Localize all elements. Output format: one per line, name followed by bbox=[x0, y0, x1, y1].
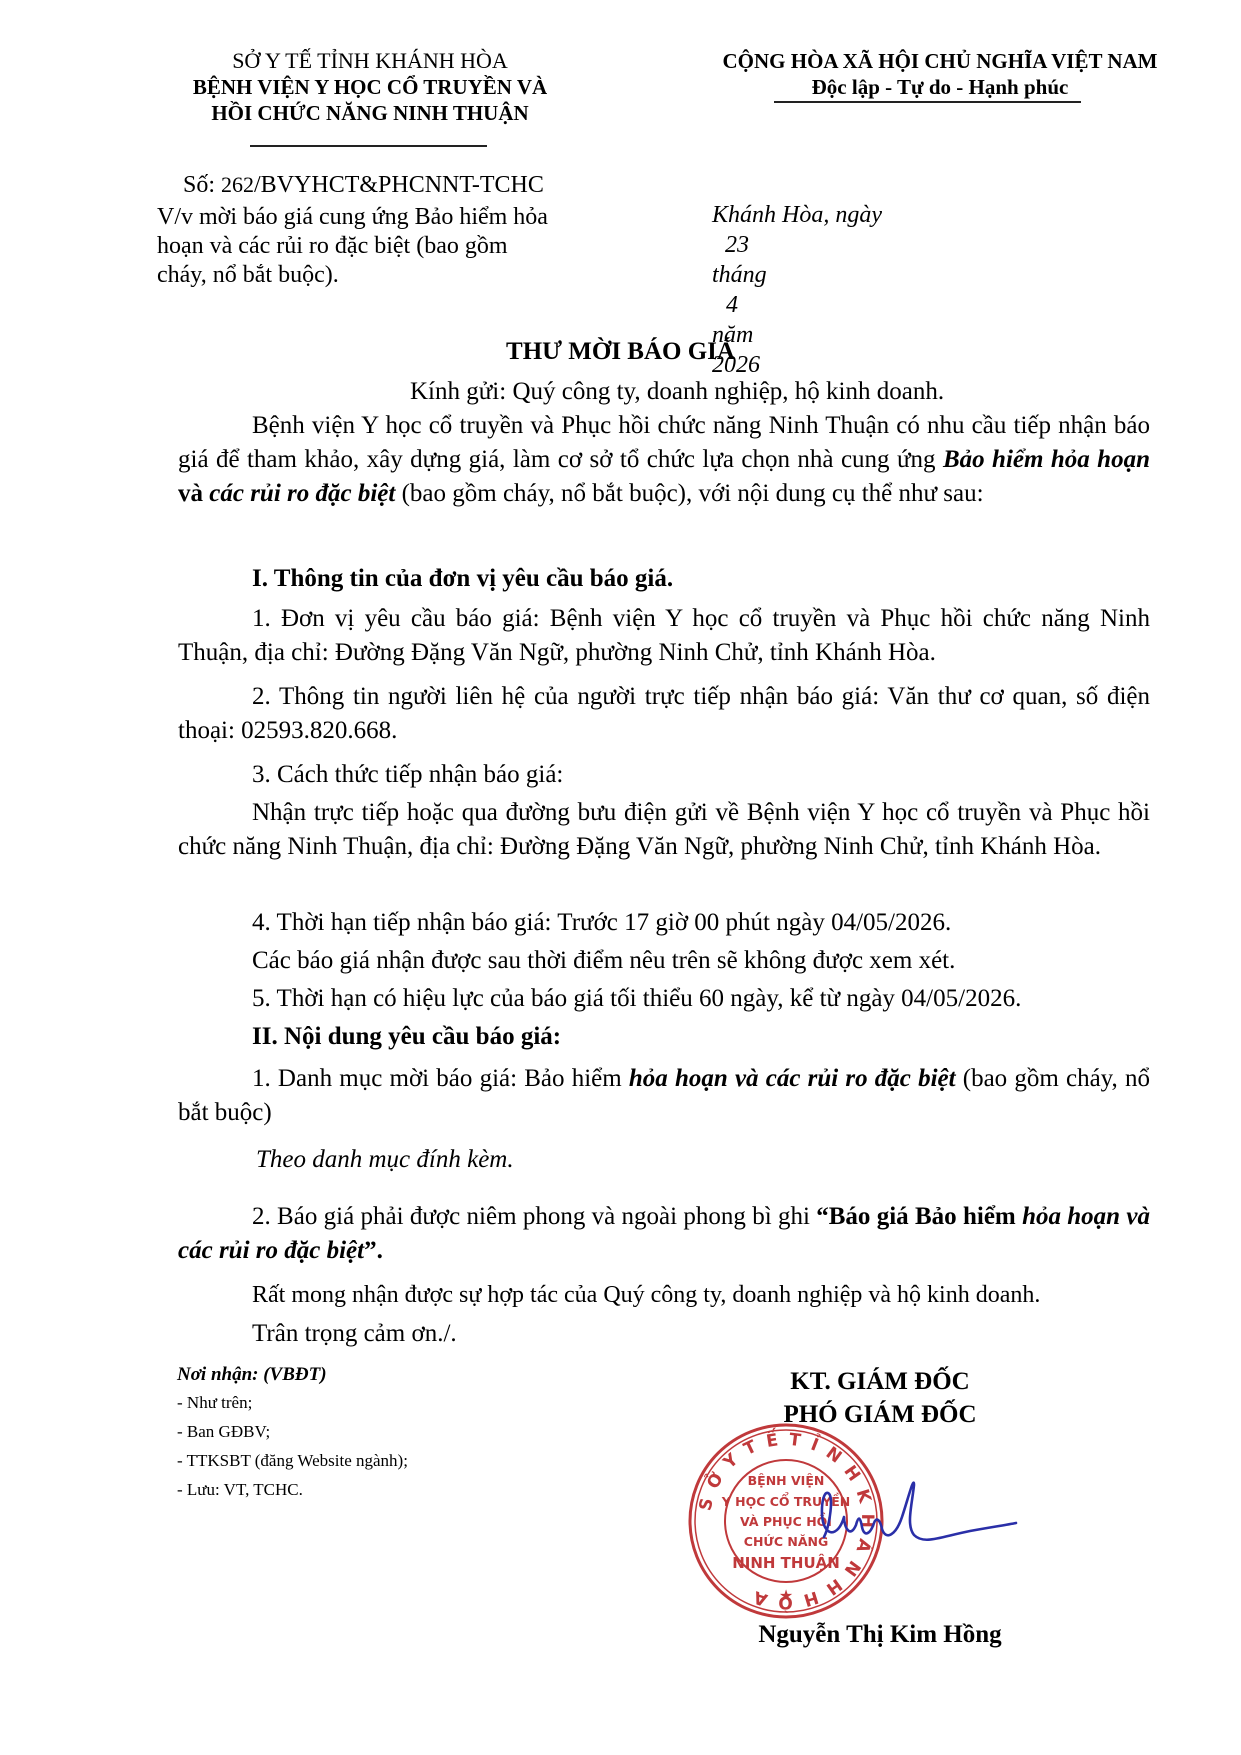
national-motto: Độc lập - Tự do - Hạnh phúc bbox=[660, 74, 1220, 100]
signer-name: Nguyễn Thị Kim Hồng bbox=[730, 1618, 1030, 1651]
hospital-name-line2: HỒI CHỨC NĂNG NINH THUẬN bbox=[150, 100, 590, 126]
national-title: CỘNG HÒA XÃ HỘI CHỦ NGHĨA VIỆT NAM bbox=[660, 48, 1220, 74]
date-day: 23 bbox=[712, 230, 762, 260]
section1-item3-body: Nhận trực tiếp hoặc qua đường bưu điện g… bbox=[178, 796, 1150, 864]
closing-line1: Rất mong nhận được sự hợp tác của Quý cô… bbox=[178, 1278, 1150, 1312]
section1-item1: 1. Đơn vị yêu cầu báo giá: Bệnh viện Y h… bbox=[178, 602, 1150, 670]
salutation: Kính gửi: Quý công ty, doanh nghiệp, hộ … bbox=[410, 375, 944, 409]
hospital-name-line1: BỆNH VIỆN Y HỌC CỔ TRUYỀN VÀ bbox=[150, 74, 590, 100]
document-subject: V/v mời báo giá cung ứng Bảo hiểm hỏa ho… bbox=[157, 203, 597, 290]
svg-text:BỆNH VIỆN: BỆNH VIỆN bbox=[748, 1473, 825, 1488]
intro-paragraph: Bệnh viện Y học cổ truyền và Phục hồi ch… bbox=[178, 409, 1150, 511]
recipient-item: - Ban GĐBV; bbox=[177, 1420, 408, 1443]
section2-heading: II. Nội dung yêu cầu báo giá: bbox=[178, 1020, 1150, 1054]
section1-heading: I. Thông tin của đơn vị yêu cầu báo giá. bbox=[178, 562, 1150, 596]
header-left: SỞ Y TẾ TỈNH KHÁNH HÒA BỆNH VIỆN Y HỌC C… bbox=[150, 48, 590, 126]
document-number: Số: 262/BVYHCT&PHCNNT-TCHC bbox=[183, 170, 544, 200]
header-right: CỘNG HÒA XÃ HỘI CHỦ NGHĨA VIỆT NAM Độc l… bbox=[660, 48, 1220, 100]
section1-item2: 2. Thông tin người liên hệ của người trự… bbox=[178, 680, 1150, 748]
letter-title: THƯ MỜI BÁO GIÁ bbox=[0, 338, 1241, 366]
section2-item1: 1. Danh mục mời báo giá: Bảo hiểm hỏa ho… bbox=[178, 1062, 1150, 1130]
svg-text:CHỨC NĂNG: CHỨC NĂNG bbox=[744, 1534, 828, 1549]
section1-item4-note: Các báo giá nhận được sau thời điểm nêu … bbox=[178, 944, 1150, 978]
stamp-star-icon: ★ bbox=[779, 1586, 793, 1605]
section1-item4: 4. Thời hạn tiếp nhận báo giá: Trước 17 … bbox=[178, 906, 1150, 940]
department-name: SỞ Y TẾ TỈNH KHÁNH HÒA bbox=[150, 48, 590, 74]
recipients-label: Nơi nhận: (VBĐT) bbox=[177, 1362, 408, 1388]
recipient-item: - TTKSBT (đăng Website ngành); bbox=[177, 1449, 408, 1472]
closing-line2: Trân trọng cảm ơn./. bbox=[178, 1317, 1150, 1351]
number-code: /BVYHCT&PHCNNT-TCHC bbox=[254, 172, 544, 198]
header-right-underline bbox=[774, 101, 1081, 103]
section2-item1-note: Theo danh mục đính kèm. bbox=[178, 1143, 1150, 1177]
date-month: 4 bbox=[712, 290, 752, 320]
header-left-underline bbox=[250, 145, 487, 147]
recipients-block: Nơi nhận: (VBĐT) - Như trên; - Ban GĐBV;… bbox=[177, 1362, 408, 1501]
recipient-item: - Lưu: VT, TCHC. bbox=[177, 1478, 408, 1501]
section1-item3-heading: 3. Cách thức tiếp nhận báo giá: bbox=[178, 758, 1150, 792]
recipient-item: - Như trên; bbox=[177, 1391, 408, 1414]
handwritten-signature bbox=[820, 1455, 1040, 1565]
section1-item5: 5. Thời hạn có hiệu lực của báo giá tối … bbox=[178, 982, 1150, 1016]
svg-text:VÀ PHỤC HỒI: VÀ PHỤC HỒI bbox=[740, 1512, 832, 1529]
number-value: 262 bbox=[221, 172, 254, 197]
section2-item2: 2. Báo giá phải được niêm phong và ngoài… bbox=[178, 1200, 1150, 1268]
